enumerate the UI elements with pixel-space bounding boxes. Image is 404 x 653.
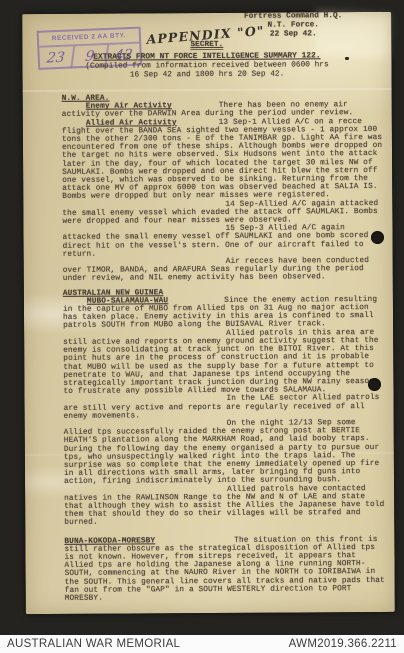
paragraph: Enemy Air ActivityThere has been no enem… (62, 101, 384, 119)
scan-background: RECEIVED 2 AA BTY. 23 9 42 APPENDIX "O" … (0, 0, 404, 653)
section-australian-new-guinea: AUSTRALIAN NEW GUINEA MUBO-SALAMAUA-WAUS… (63, 288, 386, 528)
classification-label: SECRET. (190, 41, 223, 50)
document-page: RECEIVED 2 AA BTY. 23 9 42 APPENDIX "O" … (22, 12, 395, 614)
compiled-line-2: 16 Sep 42 and 1800 hrs 20 Sep 42. (23, 70, 392, 80)
archive-accession-number: AWM2019.366.2211 (289, 638, 397, 650)
paragraph: In the LAE sector Allied patrols are sti… (64, 394, 386, 421)
paragraph: 14 Sep-Allied A/C again attacked the sma… (62, 200, 384, 227)
subheading-buna-kokoda-moresby: BUNA-KOKODA-MORESBY (64, 537, 155, 546)
subheading-allied-air-activity: Allied Air Activity (86, 119, 177, 128)
letterhead-date: 22 Sep 42. (218, 30, 368, 40)
paper-crease (23, 88, 392, 92)
letterhead: Fortress Command H.Q. N.T. Force. 22 Sep… (218, 12, 368, 40)
paragraph-text: 15 Sep-3 Allied A/C again attacked the s… (63, 224, 378, 258)
document-title: EXTRACTS FROM NT FORCE INTELLIGENCE SUMM… (93, 51, 320, 61)
paragraph: Allied patrols have contacted natives in… (64, 484, 386, 527)
section-buna-kokoda-moresby: BUNA-KOKODA-MORESBYThe situation on this… (64, 535, 386, 603)
paragraph-text: 14 Sep-Allied A/C again attacked the sma… (62, 200, 378, 226)
archive-name: AUSTRALIAN WAR MEMORIAL (7, 638, 180, 650)
paragraph-text: On the night 12/13 Sep some Allied tps s… (64, 419, 380, 486)
paragraph: Allied Air Activity13 Sep-1 Allied A/C o… (62, 118, 384, 202)
paragraph: Allied patrols in this area are still ac… (63, 329, 385, 397)
punch-hole (368, 378, 381, 391)
paragraph-text: In the LAE sector Allied patrols are sti… (64, 394, 380, 420)
scan-speck (120, 4, 129, 9)
scan-speck (345, 57, 349, 60)
paragraph-text: Allied patrols have contacted natives in… (64, 485, 384, 528)
paragraph-text: The situation on this front is still rat… (64, 536, 384, 603)
paragraph-text: Air recces have been conducted over TIMO… (63, 257, 369, 283)
archive-footer: AUSTRALIAN WAR MEMORIAL AWM2019.366.2211 (0, 635, 404, 653)
paragraph-text: Allied patrols in this area are still ac… (63, 329, 378, 396)
paragraph: Air recces have been conducted over TIMO… (63, 257, 385, 284)
paragraph: On the night 12/13 Sep some Allied tps s… (64, 419, 386, 487)
paragraph: MUBO-SALAMAUA-WAUSince the enemy action … (63, 296, 385, 331)
paragraph: BUNA-KOKODA-MORESBYThe situation on this… (64, 535, 386, 603)
document-body: N.W. AREA. Enemy Air ActivityThere has b… (62, 93, 387, 603)
punch-hole (371, 231, 384, 244)
paragraph: 15 Sep-3 Allied A/C again attacked the s… (62, 224, 384, 259)
section-nw-area: N.W. AREA. Enemy Air ActivityThere has b… (62, 93, 385, 284)
paragraph-text: 13 Sep-1 Allied A/C on a recce flight ov… (62, 118, 382, 202)
